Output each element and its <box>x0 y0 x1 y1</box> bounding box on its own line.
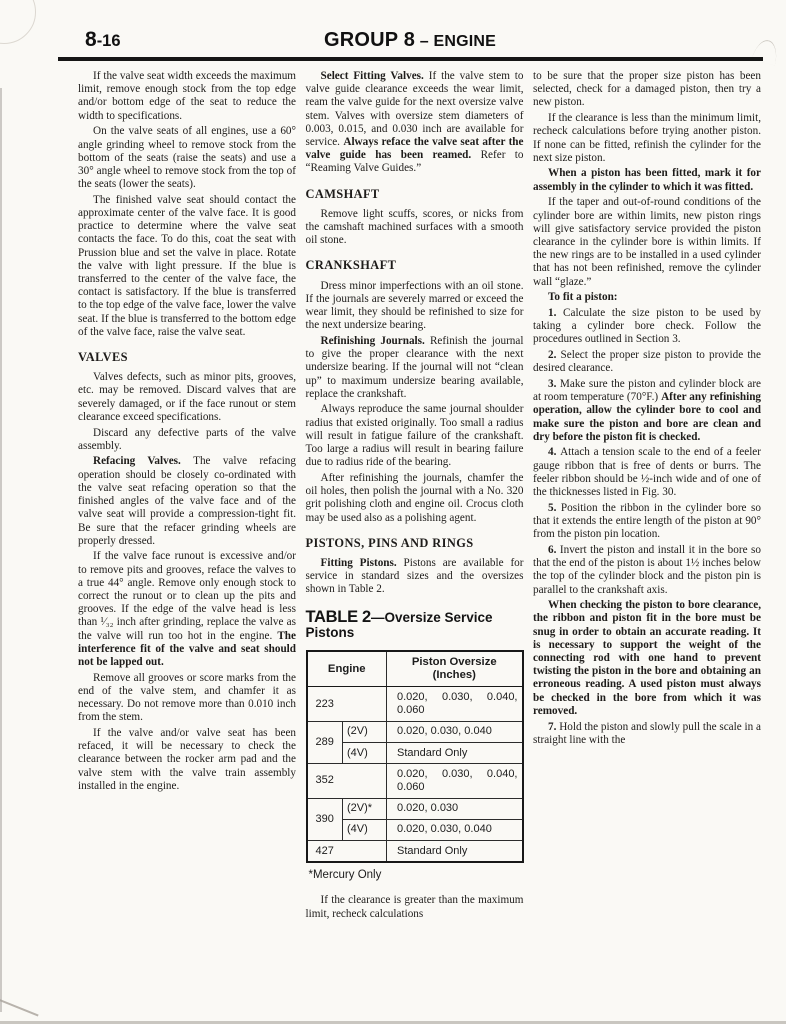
paragraph: If the valve and/or valve seat has been … <box>78 727 296 793</box>
text-run: If the valve and/or valve seat has been … <box>78 727 296 792</box>
page-title: GROUP 8 – ENGINE <box>58 29 762 52</box>
text-run: Valves defects, such as minor pits, groo… <box>78 371 296 423</box>
engine-variant-cell: (4V) <box>343 743 387 764</box>
text-run: Hold the piston and slowly pull the scal… <box>533 721 761 746</box>
engine-cell: 427 <box>307 841 387 863</box>
scanned-manual-page: 8-16 GROUP 8 – ENGINE If the valve seat … <box>0 0 786 1024</box>
text-run: The finished valve seat should contact t… <box>78 194 296 338</box>
text-run: After refinishing the journals, chamfer … <box>306 472 524 524</box>
oversize-cell: Standard Only <box>387 841 523 863</box>
paragraph: 4. Attach a tension scale to the end of … <box>533 446 761 499</box>
engine-cell: 289 <box>307 721 343 763</box>
table-footnote: *Mercury Only <box>309 869 524 882</box>
paragraph: When a piston has been fitted, mark it f… <box>533 167 761 193</box>
text-run: 4. <box>548 446 560 458</box>
text-run: Select Fitting Valves. <box>321 70 429 82</box>
paragraph: 7. Hold the piston and slowly pull the s… <box>533 721 761 747</box>
text-run: 5. <box>548 502 561 514</box>
oversize-cell: 0.020, 0.030, 0.040, 0.060 <box>387 764 523 798</box>
page-body: If the valve seat width exceeds the maxi… <box>78 70 761 923</box>
table-row: 2230.020, 0.030, 0.040, 0.060 <box>307 687 523 721</box>
text-run: If the valve seat width exceeds the maxi… <box>78 70 296 122</box>
table-title: TABLE 2—Oversize Service Pistons <box>306 611 524 641</box>
page-corner-curl-top-left <box>0 0 36 44</box>
column-right: to be sure that the proper size piston h… <box>533 70 761 923</box>
paragraph: Always reproduce the same journal should… <box>306 403 524 469</box>
paragraph: Refacing Valves. The valve refacing oper… <box>78 455 296 547</box>
engine-cell: 352 <box>307 764 387 798</box>
text-run: Fitting Pistons. <box>321 557 404 569</box>
engine-cell: 223 <box>307 687 387 721</box>
text-run: Refinishing Journals. <box>321 335 430 347</box>
paragraph: to be sure that the proper size piston h… <box>533 70 761 110</box>
paragraph: If the taper and out-of-round conditions… <box>533 196 761 288</box>
text-run: To fit a piston: <box>548 291 618 303</box>
scan-edge-left <box>0 88 2 1012</box>
column-center: Select Fitting Valves. If the valve stem… <box>306 70 524 923</box>
text-run: Select the proper size piston to provide… <box>533 349 761 374</box>
text-run: If the clearance is greater than the max… <box>306 894 524 919</box>
table-header-engine: Engine <box>307 651 387 687</box>
oversize-pistons-table: EnginePiston Oversize (Inches)2230.020, … <box>306 650 524 863</box>
paragraph: If the clearance is greater than the max… <box>306 894 524 920</box>
table-row: 289(2V)0.020, 0.030, 0.040 <box>307 721 523 742</box>
table-row: 427Standard Only <box>307 841 523 863</box>
text-run: Discard any defective parts of the valve… <box>78 427 296 452</box>
text-run: 6. <box>548 544 560 556</box>
section-heading: CAMSHAFT <box>306 188 524 201</box>
paragraph: Refinishing Journals. Refinish the journ… <box>306 335 524 401</box>
table-row: 3520.020, 0.030, 0.040, 0.060 <box>307 764 523 798</box>
paragraph: Remove light scuffs, scores, or nicks fr… <box>306 208 524 248</box>
column-left: If the valve seat width exceeds the maxi… <box>78 70 296 923</box>
paragraph: If the valve seat width exceeds the maxi… <box>78 70 296 123</box>
oversize-cell: 0.020, 0.030, 0.040 <box>387 721 523 742</box>
oversize-pistons-table-block: TABLE 2—Oversize Service PistonsEnginePi… <box>306 611 524 883</box>
oversize-cell: 0.020, 0.030, 0.040 <box>387 819 523 840</box>
text-run: Calculate the size piston to be used by … <box>533 307 761 345</box>
text-run: Always reproduce the same journal should… <box>306 403 524 468</box>
paragraph: 1. Calculate the size piston to be used … <box>533 307 761 347</box>
text-run: Invert the piston and install it in the … <box>533 544 761 596</box>
table-header-oversize: Piston Oversize (Inches) <box>387 651 523 687</box>
oversize-cell: 0.020, 0.030, 0.040, 0.060 <box>387 687 523 721</box>
text-run: 7. <box>548 721 559 733</box>
page-header: 8-16 GROUP 8 – ENGINE <box>58 22 762 54</box>
text-run: Dress minor imperfections with an oil st… <box>306 280 524 332</box>
scan-scratch-mark <box>0 997 39 1016</box>
text-run: If the taper and out-of-round conditions… <box>533 196 761 287</box>
text-run: The valve refacing operation should be c… <box>78 455 296 546</box>
engine-variant-cell: (2V)* <box>343 798 387 819</box>
paragraph: When checking the piston to bore clearan… <box>533 599 761 718</box>
paragraph: The finished valve seat should contact t… <box>78 194 296 339</box>
text-run: If the valve face runout is excessive an… <box>78 550 296 641</box>
paragraph: 6. Invert the piston and install it in t… <box>533 544 761 597</box>
header-rule <box>58 57 763 61</box>
text-run: If the clearance is less than the minimu… <box>533 112 761 164</box>
text-run: Position the ribbon in the cylinder bore… <box>533 502 761 540</box>
paragraph: 5. Position the ribbon in the cylinder b… <box>533 502 761 542</box>
text-run: Attach a tension scale to the end of a f… <box>533 446 761 498</box>
paragraph: 3. Make sure the piston and cylinder blo… <box>533 378 761 444</box>
text-run: When a piston has been fitted, mark it f… <box>533 167 761 192</box>
text-run: Refacing Valves. <box>93 455 193 467</box>
text-run: 3. <box>548 378 560 390</box>
paragraph: Discard any defective parts of the valve… <box>78 427 296 453</box>
text-run: 1. <box>548 307 563 319</box>
engine-variant-cell: (2V) <box>343 721 387 742</box>
paragraph: If the valve face runout is excessive an… <box>78 550 296 669</box>
paragraph: Select Fitting Valves. If the valve stem… <box>306 70 524 176</box>
text-run: When checking the piston to bore clearan… <box>533 599 761 717</box>
paragraph: Valves defects, such as minor pits, groo… <box>78 371 296 424</box>
page-title-section: – ENGINE <box>420 33 496 50</box>
paragraph: To fit a piston: <box>533 291 761 304</box>
paragraph: Remove all grooves or score marks from t… <box>78 672 296 725</box>
section-heading: CRANKSHAFT <box>306 259 524 272</box>
text-run: Remove light scuffs, scores, or nicks fr… <box>306 208 524 246</box>
text-run: to be sure that the proper size piston h… <box>533 70 761 108</box>
page-title-group: GROUP 8 <box>324 29 415 51</box>
paragraph: After refinishing the journals, chamfer … <box>306 472 524 525</box>
text-run: On the valve seats of all engines, use a… <box>78 125 296 190</box>
engine-cell: 390 <box>307 798 343 840</box>
section-heading: PISTONS, PINS AND RINGS <box>306 537 524 550</box>
text-run: Remove all grooves or score marks from t… <box>78 672 296 724</box>
oversize-cell: 0.020, 0.030 <box>387 798 523 819</box>
section-heading: VALVES <box>78 351 296 364</box>
oversize-cell: Standard Only <box>387 743 523 764</box>
paragraph: 2. Select the proper size piston to prov… <box>533 349 761 375</box>
paragraph: If the clearance is less than the minimu… <box>533 112 761 165</box>
paragraph: Dress minor imperfections with an oil st… <box>306 280 524 333</box>
paragraph: Fitting Pistons. Pistons are available f… <box>306 557 524 597</box>
text-run: 2. <box>548 349 561 361</box>
paragraph: On the valve seats of all engines, use a… <box>78 125 296 191</box>
table-header-row: EnginePiston Oversize (Inches) <box>307 651 523 687</box>
table-row: 390(2V)*0.020, 0.030 <box>307 798 523 819</box>
table-title-prefix: TABLE 2 <box>306 608 371 626</box>
engine-variant-cell: (4V) <box>343 819 387 840</box>
